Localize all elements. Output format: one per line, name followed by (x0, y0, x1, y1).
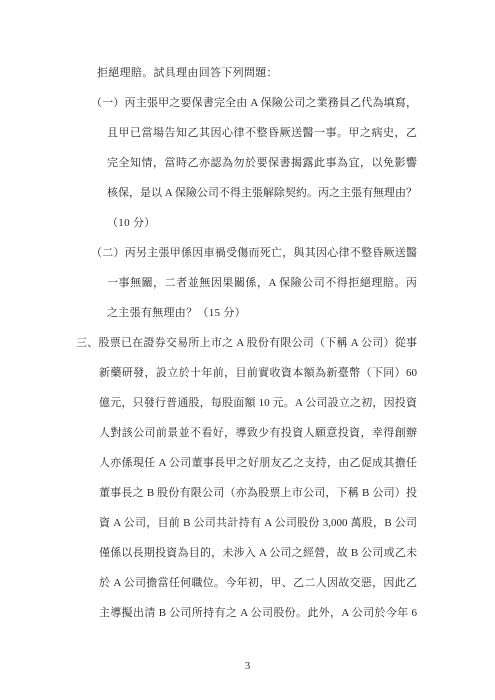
text-line-item1: （一）丙主張甲之要保書完全由 A 保險公司之業務員乙代為填寫， (91, 96, 417, 111)
text-line-question3: 三、股票已在證券交易所上市之 A 股份有限公司（下稱 A 公司）從事 (76, 336, 417, 351)
text-line: 完全知情，當時乙亦認為勿於要保書揭露此事為宜，以免影響 (107, 156, 417, 171)
text-line: 僅係以長期投資為目的，未涉入 A 公司之經營，故 B 公司或乙未 (99, 546, 417, 561)
text-line: 於 A 公司擔當任何職位。今年初，甲、乙二人因故交惡，因此乙 (99, 576, 417, 591)
page-number: 3 (0, 660, 495, 672)
text-line: 主導擬出清 B 公司所持有之 A 公司股份。此外，A 公司於今年 6 (99, 606, 417, 621)
text-line: 且甲已當場告知乙其因心律不整昏厥送醫一事。甲之病史，乙 (107, 126, 417, 141)
text-line-item2-points: 之主張有無理由？（15 分） (107, 306, 246, 321)
document-page: 拒絕理賠。試具理由回答下列問題： （一）丙主張甲之要保書完全由 A 保險公司之業… (0, 0, 495, 700)
text-line-item2: （二）丙另主張甲係因車禍受傷而死亡，與其因心律不整昏厥送醫 (91, 246, 417, 261)
text-line: 核保，是以 A 保險公司不得主張解除契約。丙之主張有無理由？ (107, 186, 417, 201)
text-line: 資 A 公司，目前 B 公司共計持有 A 公司股份 3,000 萬股，B 公司 (99, 516, 417, 531)
text-line: 億元，只發行普通股，每股面額 10 元。A 公司設立之初，因投資 (99, 396, 417, 411)
text-line-question2-intro: 拒絕理賠。試具理由回答下列問題： (97, 66, 278, 81)
text-line: 人對該公司前景並不看好，導致少有投資人願意投資，幸得創辦 (99, 426, 417, 441)
text-line: 人亦係現任 A 公司董事長甲之好朋友乙之支持，由乙促成其擔任 (99, 456, 417, 471)
text-line: 董事長之 B 股份有限公司（亦為股票上市公司，下稱 B 公司）投 (99, 486, 417, 501)
text-line: 一事無關，二者並無因果關係，A 保險公司不得拒絕理賠。丙 (107, 276, 417, 291)
text-line: 新藥研發，設立於十年前，目前實收資本額為新臺幣（下同）60 (99, 366, 417, 381)
text-line-item1-points: （10 分） (107, 216, 156, 231)
